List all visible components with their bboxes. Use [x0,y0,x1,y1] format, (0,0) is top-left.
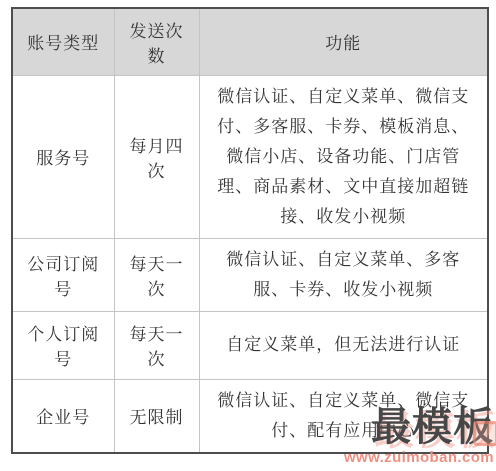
cell-account-type: 公司订阅号 [12,238,114,311]
header-send-frequency: 发送次数 [114,8,199,75]
table-row-service-account: 服务号 每月四次 微信认证、自定义菜单、微信支付、多客服、卡券、模板消息、微信小… [12,75,488,238]
cell-features: 微信认证、自定义菜单、微信支付、配有应用中心 [199,379,488,453]
cell-account-type: 服务号 [12,75,114,238]
table-row-company-subscription: 公司订阅号 每天一次 微信认证、自定义菜单、多客服、卡券、收发小视频 [12,238,488,311]
header-account-type: 账号类型 [12,8,114,75]
cell-features: 自定义菜单，但无法进行认证 [199,311,488,379]
cell-features: 微信认证、自定义菜单、微信支付、多客服、卡券、模板消息、微信小店、设备功能、门店… [199,75,488,238]
cell-frequency: 每天一次 [114,238,199,311]
cell-frequency: 每天一次 [114,311,199,379]
table-row-enterprise-account: 企业号 无限制 微信认证、自定义菜单、微信支付、配有应用中心 [12,379,488,453]
account-types-table: 账号类型 发送次数 功能 服务号 每月四次 微信认证、自定义菜单、微信支付、多客… [11,7,489,454]
header-row: 账号类型 发送次数 功能 [12,8,488,75]
table: 账号类型 发送次数 功能 服务号 每月四次 微信认证、自定义菜单、微信支付、多客… [11,7,489,454]
cell-frequency: 无限制 [114,379,199,453]
header-features: 功能 [199,8,488,75]
cell-features: 微信认证、自定义菜单、多客服、卡券、收发小视频 [199,238,488,311]
cell-frequency: 每月四次 [114,75,199,238]
table-row-personal-subscription: 个人订阅号 每天一次 自定义菜单，但无法进行认证 [12,311,488,379]
cell-account-type: 个人订阅号 [12,311,114,379]
cell-account-type: 企业号 [12,379,114,453]
